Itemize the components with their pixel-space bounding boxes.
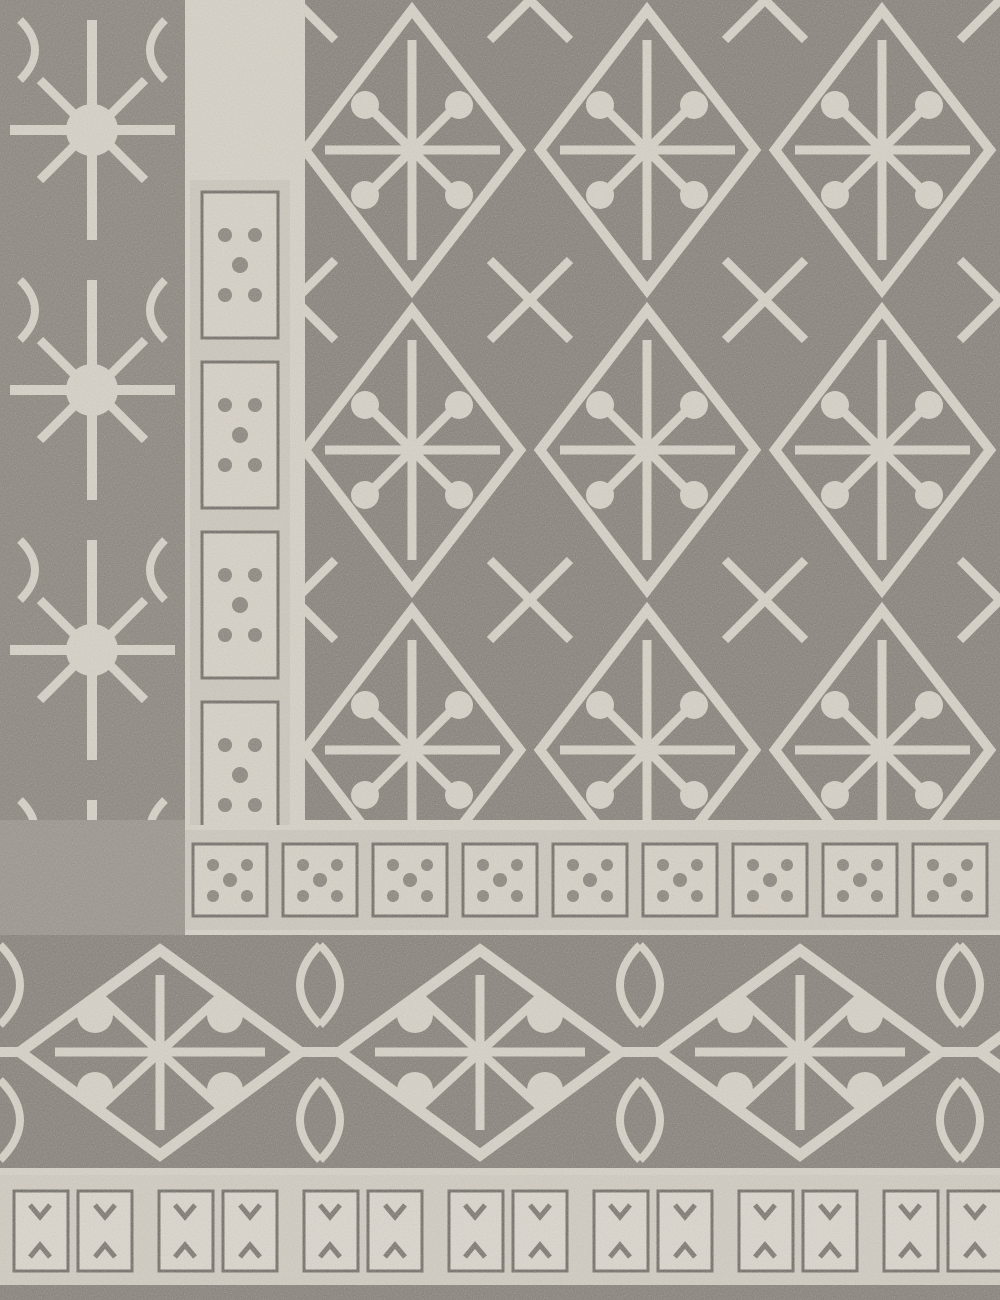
left-border [0, 0, 185, 820]
rug-photo [0, 0, 1000, 1300]
guard-strip-vertical-top [190, 0, 290, 180]
field-edge-line [295, 0, 305, 825]
field [295, 0, 1000, 820]
guard-strip-vertical [190, 180, 290, 825]
rug-pattern [0, 0, 1000, 1300]
main-border [0, 935, 1000, 1170]
guard-strip-bottom [0, 1175, 1000, 1285]
bottom-edge [0, 1285, 1000, 1300]
left-border-lower [0, 820, 185, 935]
guard-strip-horizontal [185, 830, 1000, 930]
border-line [0, 1168, 1000, 1176]
